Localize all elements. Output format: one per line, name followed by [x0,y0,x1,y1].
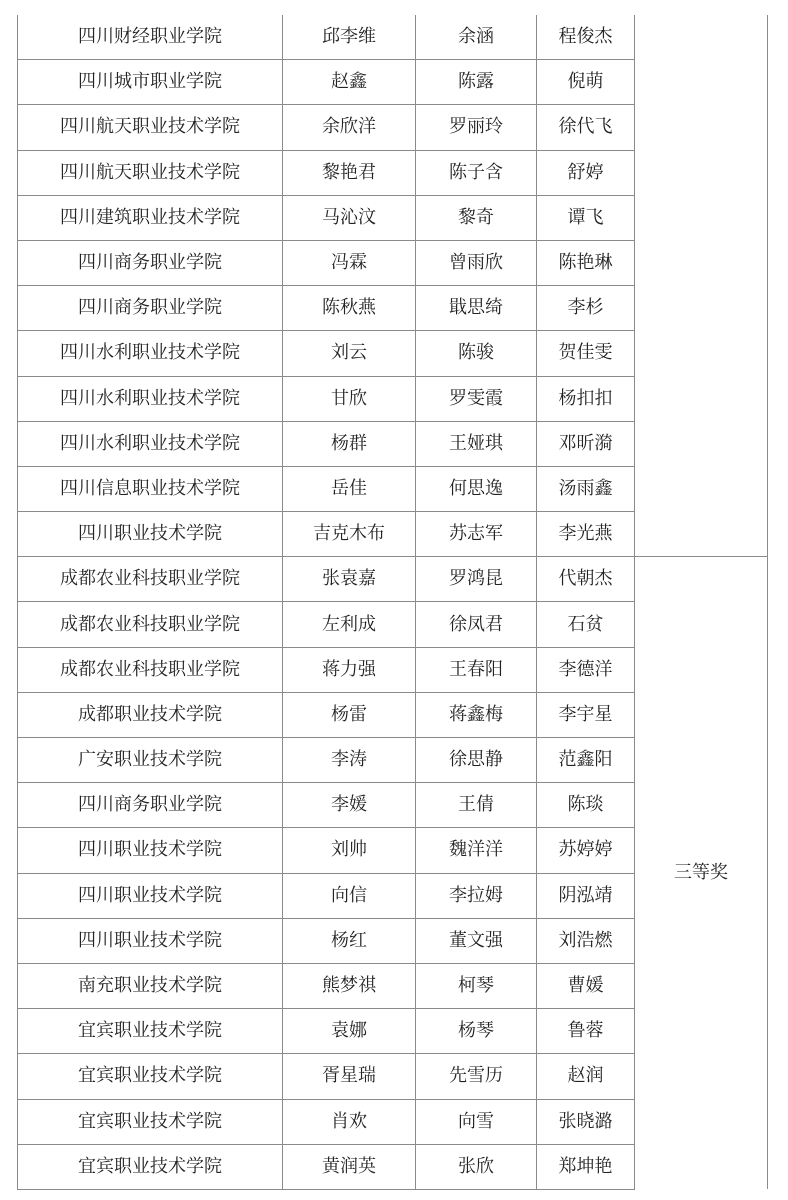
student-cell-2: 陈子含 [416,150,537,195]
award-winners-table: 四川财经职业学院邱李维余涵程俊杰四川城市职业学院赵鑫陈露倪萌四川航天职业技术学院… [17,15,768,1190]
student-cell-1: 刘帅 [283,828,416,873]
award-level-cell: 三等奖 [635,557,768,1190]
student-cell-3: 舒婷 [537,150,635,195]
school-cell: 四川城市职业学院 [18,60,283,105]
student-cell-3: 范鑫阳 [537,738,635,783]
school-cell: 四川水利职业技术学院 [18,376,283,421]
student-cell-2: 蒋鑫梅 [416,692,537,737]
school-cell: 宜宾职业技术学院 [18,1099,283,1144]
student-cell-1: 张袁嘉 [283,557,416,602]
student-cell-3: 陈琰 [537,783,635,828]
school-cell: 四川水利职业技术学院 [18,421,283,466]
student-cell-3: 李光燕 [537,512,635,557]
student-cell-2: 杨琴 [416,1009,537,1054]
student-cell-2: 曾雨欣 [416,240,537,285]
student-cell-3: 张晓潞 [537,1099,635,1144]
student-cell-2: 李拉姆 [416,873,537,918]
student-cell-1: 杨红 [283,918,416,963]
student-cell-3: 李宇星 [537,692,635,737]
student-cell-1: 左利成 [283,602,416,647]
student-cell-1: 余欣洋 [283,105,416,150]
student-cell-1: 甘欣 [283,376,416,421]
table-row: 成都农业科技职业学院张袁嘉罗鸿昆代朝杰三等奖 [18,557,768,602]
student-cell-3: 汤雨鑫 [537,466,635,511]
student-cell-1: 赵鑫 [283,60,416,105]
student-cell-3: 徐代飞 [537,105,635,150]
student-cell-1: 刘云 [283,331,416,376]
student-cell-1: 岳佳 [283,466,416,511]
student-cell-2: 董文强 [416,918,537,963]
school-cell: 成都农业科技职业学院 [18,602,283,647]
student-cell-2: 徐凤君 [416,602,537,647]
school-cell: 四川商务职业学院 [18,783,283,828]
student-cell-2: 王春阳 [416,647,537,692]
school-cell: 宜宾职业技术学院 [18,1009,283,1054]
student-cell-3: 谭飞 [537,195,635,240]
student-cell-1: 吉克木布 [283,512,416,557]
student-cell-1: 肖欢 [283,1099,416,1144]
school-cell: 四川航天职业技术学院 [18,150,283,195]
student-cell-2: 张欣 [416,1144,537,1189]
school-cell: 宜宾职业技术学院 [18,1054,283,1099]
student-cell-2: 戢思绮 [416,286,537,331]
student-cell-3: 邓昕漪 [537,421,635,466]
student-cell-3: 阴泓靖 [537,873,635,918]
school-cell: 四川职业技术学院 [18,873,283,918]
student-cell-2: 柯琴 [416,963,537,1008]
student-cell-1: 熊梦祺 [283,963,416,1008]
student-cell-2: 魏洋洋 [416,828,537,873]
student-cell-3: 鲁蓉 [537,1009,635,1054]
school-cell: 四川职业技术学院 [18,918,283,963]
student-cell-2: 苏志军 [416,512,537,557]
school-cell: 四川水利职业技术学院 [18,331,283,376]
school-cell: 四川职业技术学院 [18,828,283,873]
award-level-cell [635,15,768,557]
student-cell-2: 何思逸 [416,466,537,511]
student-cell-2: 罗鸿昆 [416,557,537,602]
school-cell: 四川职业技术学院 [18,512,283,557]
student-cell-1: 冯霖 [283,240,416,285]
student-cell-3: 倪萌 [537,60,635,105]
student-cell-3: 杨扣扣 [537,376,635,421]
student-cell-3: 赵润 [537,1054,635,1099]
student-cell-2: 先雪历 [416,1054,537,1099]
school-cell: 南充职业技术学院 [18,963,283,1008]
student-cell-3: 曹媛 [537,963,635,1008]
student-cell-2: 王娅琪 [416,421,537,466]
school-cell: 成都农业科技职业学院 [18,557,283,602]
school-cell: 广安职业技术学院 [18,738,283,783]
student-cell-1: 杨雷 [283,692,416,737]
school-cell: 四川财经职业学院 [18,15,283,60]
school-cell: 成都职业技术学院 [18,692,283,737]
student-cell-2: 王倩 [416,783,537,828]
student-cell-2: 罗丽玲 [416,105,537,150]
student-cell-3: 刘浩燃 [537,918,635,963]
table-row: 四川财经职业学院邱李维余涵程俊杰 [18,15,768,60]
student-cell-3: 陈艳琳 [537,240,635,285]
school-cell: 四川航天职业技术学院 [18,105,283,150]
school-cell: 宜宾职业技术学院 [18,1144,283,1189]
student-cell-3: 李德洋 [537,647,635,692]
student-cell-1: 马沁汶 [283,195,416,240]
table-body: 四川财经职业学院邱李维余涵程俊杰四川城市职业学院赵鑫陈露倪萌四川航天职业技术学院… [18,15,768,1189]
student-cell-1: 邱李维 [283,15,416,60]
school-cell: 四川商务职业学院 [18,286,283,331]
student-cell-1: 黎艳君 [283,150,416,195]
student-cell-3: 石贫 [537,602,635,647]
student-cell-1: 黄润英 [283,1144,416,1189]
student-cell-3: 苏婷婷 [537,828,635,873]
student-cell-1: 胥星瑞 [283,1054,416,1099]
student-cell-1: 袁娜 [283,1009,416,1054]
student-cell-3: 程俊杰 [537,15,635,60]
student-cell-3: 郑坤艳 [537,1144,635,1189]
student-cell-1: 蒋力强 [283,647,416,692]
student-cell-1: 向信 [283,873,416,918]
student-cell-2: 陈骏 [416,331,537,376]
student-cell-2: 向雪 [416,1099,537,1144]
school-cell: 四川商务职业学院 [18,240,283,285]
student-cell-2: 陈露 [416,60,537,105]
student-cell-3: 李杉 [537,286,635,331]
school-cell: 四川信息职业技术学院 [18,466,283,511]
student-cell-1: 李媛 [283,783,416,828]
student-cell-2: 余涵 [416,15,537,60]
student-cell-2: 罗雯霞 [416,376,537,421]
student-cell-3: 代朝杰 [537,557,635,602]
student-cell-2: 徐思静 [416,738,537,783]
student-cell-1: 杨群 [283,421,416,466]
student-cell-1: 陈秋燕 [283,286,416,331]
student-cell-1: 李涛 [283,738,416,783]
school-cell: 四川建筑职业技术学院 [18,195,283,240]
student-cell-3: 贺佳雯 [537,331,635,376]
school-cell: 成都农业科技职业学院 [18,647,283,692]
student-cell-2: 黎奇 [416,195,537,240]
